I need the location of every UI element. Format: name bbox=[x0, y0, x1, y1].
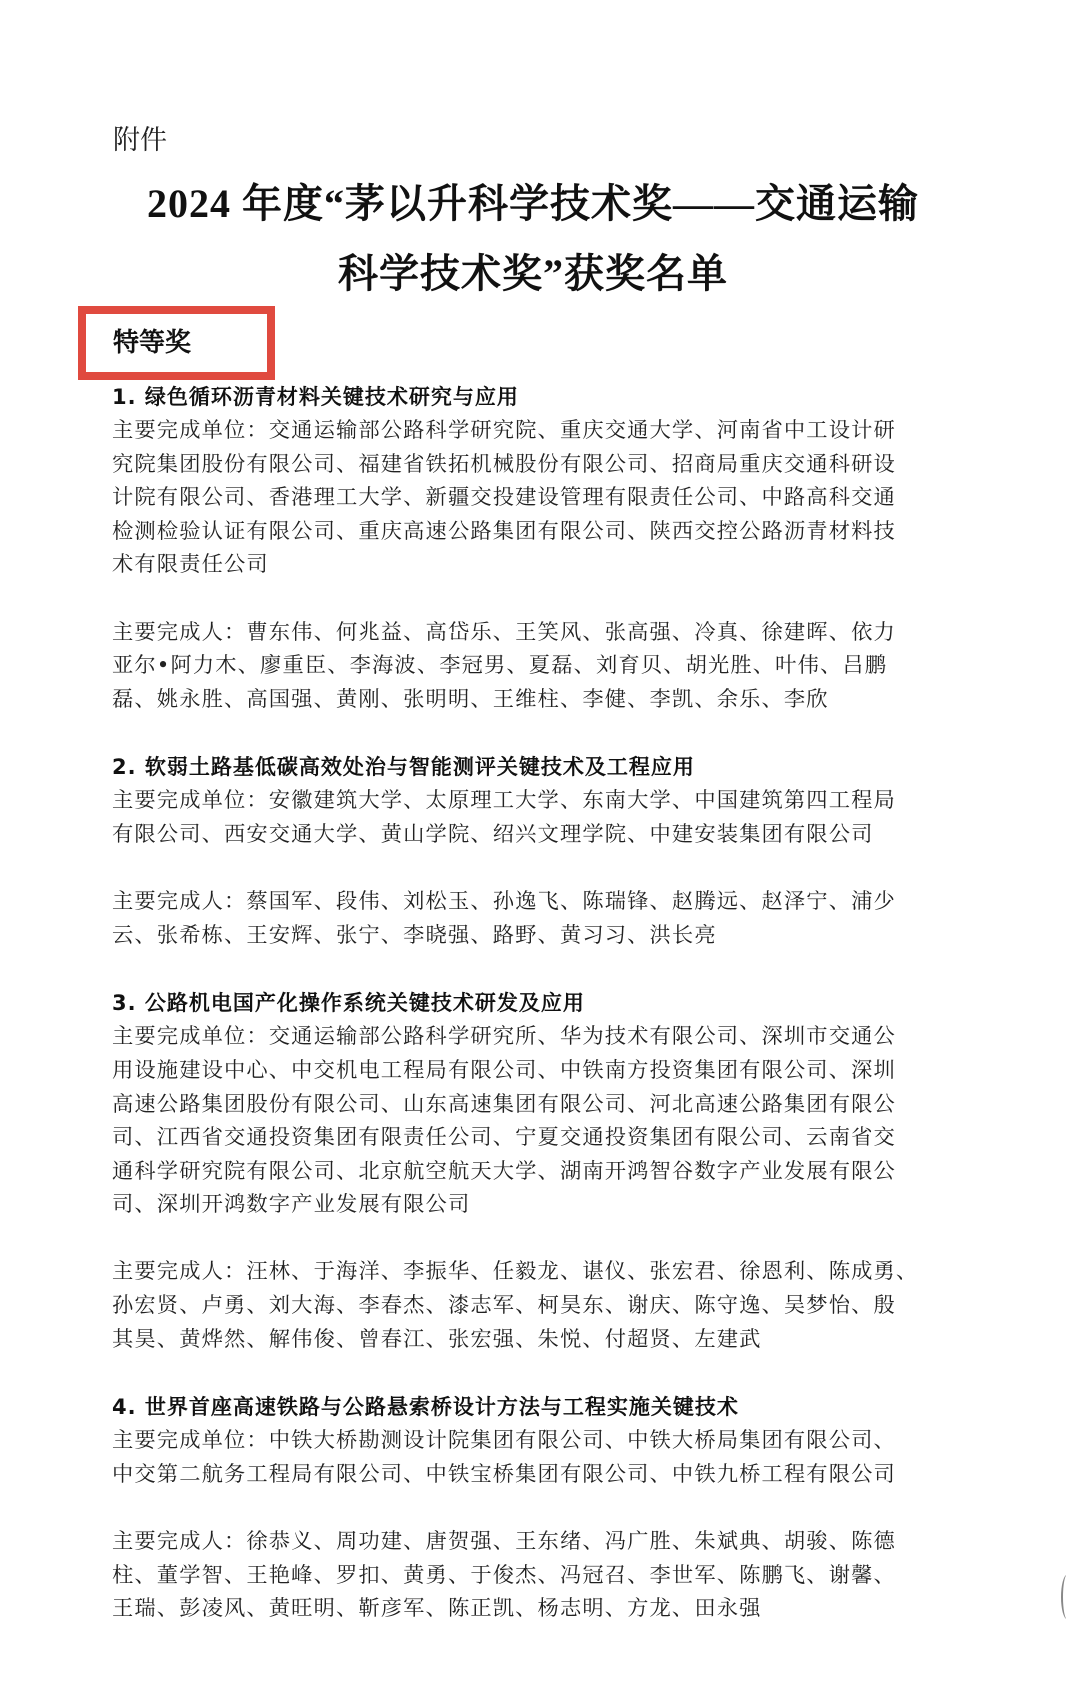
completing-units: 主要完成单位：交通运输部公路科学研究所、华为技术有限公司、深圳市交通公 用设施建… bbox=[112, 1020, 1012, 1222]
people-line: 孙宏贤、卢勇、刘大海、李春杰、漆志军、柯昊东、谢庆、陈守逸、吴梦怡、殷 bbox=[112, 1289, 1012, 1323]
completing-units: 主要完成单位：安徽建筑大学、太原理工大学、东南大学、中国建筑第四工程局 有限公司… bbox=[112, 784, 1012, 851]
spacer bbox=[112, 582, 1012, 616]
award-item: 1. 绿色循环沥青材料关键技术研究与应用 主要完成单位：交通运输部公路科学研究院… bbox=[112, 380, 1012, 716]
people-line: 云、张希栋、王安辉、张宁、李晓强、路野、黄习习、洪长亮 bbox=[112, 919, 1012, 953]
spacer bbox=[112, 852, 1012, 886]
spacer bbox=[112, 1491, 1012, 1525]
award-item: 2. 软弱土路基低碳高效处治与智能测评关键技术及工程应用 主要完成单位：安徽建筑… bbox=[112, 750, 1012, 952]
people-line: 柱、董学智、王艳峰、罗扣、黄勇、于俊杰、冯冠召、李世军、陈鹏飞、谢馨、 bbox=[112, 1559, 1012, 1593]
page-title-line-1: 2024 年度“茅以升科学技术奖——交通运输 bbox=[0, 180, 1066, 228]
people-line: 磊、姚永胜、高国强、黄刚、张明明、王维柱、李健、李凯、余乐、李欣 bbox=[112, 683, 1012, 717]
spacer bbox=[112, 716, 1012, 750]
units-line: 中交第二航务工程局有限公司、中铁宝桥集团有限公司、中铁九桥工程有限公司 bbox=[112, 1458, 1012, 1492]
units-line: 司、深圳开鸿数字产业发展有限公司 bbox=[112, 1188, 1012, 1222]
page-title-line-2: 科学技术奖”获奖名单 bbox=[0, 250, 1066, 298]
people-line: 王瑞、彭凌风、黄旺明、靳彦军、陈正凯、杨志明、方龙、田永强 bbox=[112, 1592, 1012, 1626]
units-line: 检测检验认证有限公司、重庆高速公路集团有限公司、陕西交控公路沥青材料技 bbox=[112, 515, 1012, 549]
award-item-title: 1. 绿色循环沥青材料关键技术研究与应用 bbox=[112, 380, 1012, 414]
award-item-title: 2. 软弱土路基低碳高效处治与智能测评关键技术及工程应用 bbox=[112, 750, 1012, 784]
units-line: 有限公司、西安交通大学、黄山学院、绍兴文理学院、中建安装集团有限公司 bbox=[112, 818, 1012, 852]
completing-units: 主要完成单位：中铁大桥勘测设计院集团有限公司、中铁大桥局集团有限公司、 中交第二… bbox=[112, 1424, 1012, 1491]
completing-units: 主要完成单位：交通运输部公路科学研究院、重庆交通大学、河南省中工设计研 究院集团… bbox=[112, 414, 1012, 582]
completing-people: 主要完成人：徐恭义、周功建、唐贺强、王东绪、冯广胜、朱斌典、胡骏、陈德 柱、董学… bbox=[112, 1525, 1012, 1626]
spacer bbox=[112, 952, 1012, 986]
spacer bbox=[112, 1222, 1012, 1256]
spacer bbox=[112, 1356, 1012, 1390]
units-line: 主要完成单位：中铁大桥勘测设计院集团有限公司、中铁大桥局集团有限公司、 bbox=[112, 1424, 1012, 1458]
award-item-title: 3. 公路机电国产化操作系统关键技术研发及应用 bbox=[112, 986, 1012, 1020]
attachment-label: 附件 bbox=[113, 124, 167, 158]
award-list: 1. 绿色循环沥青材料关键技术研究与应用 主要完成单位：交通运输部公路科学研究院… bbox=[112, 380, 1012, 1626]
units-line: 主要完成单位：安徽建筑大学、太原理工大学、东南大学、中国建筑第四工程局 bbox=[112, 784, 1012, 818]
units-line: 主要完成单位：交通运输部公路科学研究所、华为技术有限公司、深圳市交通公 bbox=[112, 1020, 1012, 1054]
prize-category-label: 特等奖 bbox=[113, 326, 191, 360]
people-line: 主要完成人：蔡国军、段伟、刘松玉、孙逸飞、陈瑞锋、赵腾远、赵泽宁、浦少 bbox=[112, 885, 1012, 919]
people-line: 主要完成人：汪林、于海洋、李振华、任毅龙、谌仪、张宏君、徐恩利、陈成勇、 bbox=[112, 1255, 1012, 1289]
units-line: 计院有限公司、香港理工大学、新疆交投建设管理有限责任公司、中路高科交通 bbox=[112, 481, 1012, 515]
units-line: 用设施建设中心、中交机电工程局有限公司、中铁南方投资集团有限公司、深圳 bbox=[112, 1054, 1012, 1088]
award-item: 3. 公路机电国产化操作系统关键技术研发及应用 主要完成单位：交通运输部公路科学… bbox=[112, 986, 1012, 1356]
completing-people: 主要完成人：蔡国军、段伟、刘松玉、孙逸飞、陈瑞锋、赵腾远、赵泽宁、浦少 云、张希… bbox=[112, 885, 1012, 952]
completing-people: 主要完成人：汪林、于海洋、李振华、任毅龙、谌仪、张宏君、徐恩利、陈成勇、 孙宏贤… bbox=[112, 1255, 1012, 1356]
units-line: 究院集团股份有限公司、福建省铁拓机械股份有限公司、招商局重庆交通科研设 bbox=[112, 448, 1012, 482]
people-line: 亚尔•阿力木、廖重臣、李海波、李冠男、夏磊、刘育贝、胡光胜、叶伟、吕鹏 bbox=[112, 649, 1012, 683]
units-line: 术有限责任公司 bbox=[112, 548, 1012, 582]
people-line: 主要完成人：徐恭义、周功建、唐贺强、王东绪、冯广胜、朱斌典、胡骏、陈德 bbox=[112, 1525, 1012, 1559]
award-item-title: 4. 世界首座高速铁路与公路悬索桥设计方法与工程实施关键技术 bbox=[112, 1390, 1012, 1424]
people-line: 主要完成人：曹东伟、何兆益、高岱乐、王笑风、张高强、冷真、徐建晖、依力 bbox=[112, 616, 1012, 650]
completing-people: 主要完成人：曹东伟、何兆益、高岱乐、王笑风、张高强、冷真、徐建晖、依力 亚尔•阿… bbox=[112, 616, 1012, 717]
units-line: 司、江西省交通投资集团有限责任公司、宁夏交通投资集团有限公司、云南省交 bbox=[112, 1121, 1012, 1155]
people-line: 其昊、黄烨然、解伟俊、曾春江、张宏强、朱悦、付超贤、左建武 bbox=[112, 1323, 1012, 1357]
page-edge-artifact bbox=[1061, 1575, 1066, 1619]
units-line: 主要完成单位：交通运输部公路科学研究院、重庆交通大学、河南省中工设计研 bbox=[112, 414, 1012, 448]
units-line: 高速公路集团股份有限公司、山东高速集团有限公司、河北高速公路集团有限公 bbox=[112, 1088, 1012, 1122]
award-item: 4. 世界首座高速铁路与公路悬索桥设计方法与工程实施关键技术 主要完成单位：中铁… bbox=[112, 1390, 1012, 1626]
units-line: 通科学研究院有限公司、北京航空航天大学、湖南开鸿智谷数字产业发展有限公 bbox=[112, 1155, 1012, 1189]
